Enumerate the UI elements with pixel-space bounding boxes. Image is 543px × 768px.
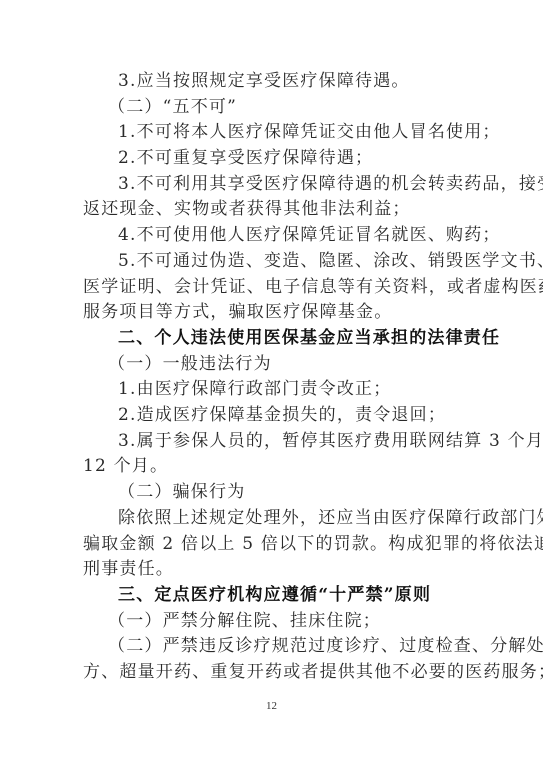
- section-heading: 二、个人违法使用医保基金应当承担的法律责任: [118, 324, 465, 352]
- subsection-heading: （一）一般违法行为: [108, 350, 465, 378]
- text-line: 4.不可使用他人医疗保障凭证冒名就医、购药；: [118, 221, 465, 249]
- subsection-heading: （二）骗保行为: [118, 478, 465, 506]
- text-line: 2.造成医疗保障基金损失的，责令退回；: [118, 401, 465, 429]
- text-line: 3.属于参保人员的，暂停其医疗费用联网结算 3 个月至: [118, 427, 465, 455]
- text-line: 12 个月。: [83, 452, 465, 480]
- text-line: 返还现金、实物或者获得其他非法利益；: [83, 195, 465, 223]
- text-line: 方、超量开药、重复开药或者提供其他不必要的医药服务；: [83, 658, 465, 686]
- document-page: 3.应当按照规定享受医疗保障待遇。 （二）“五不可” 1.不可将本人医疗保障凭证…: [0, 0, 543, 768]
- text-line: 骗取金额 2 倍以上 5 倍以下的罚款。构成犯罪的将依法追究: [83, 530, 465, 558]
- text-line: 除依照上述规定处理外，还应当由医疗保障行政部门处: [118, 504, 465, 532]
- page-number: 12: [0, 700, 543, 712]
- text-line: （二）严禁违反诊疗规范过度诊疗、过度检查、分解处: [108, 632, 465, 660]
- section-heading: 三、定点医疗机构应遵循“十严禁”原则: [118, 581, 465, 609]
- text-line: 5.不可通过伪造、变造、隐匿、涂改、销毁医学文书、: [118, 247, 465, 275]
- text-line: 1.由医疗保障行政部门责令改正；: [118, 375, 465, 403]
- text-line: 3.不可利用其享受医疗保障待遇的机会转卖药品，接受: [118, 170, 465, 198]
- text-line: 服务项目等方式，骗取医疗保障基金。: [83, 298, 465, 326]
- subsection-heading: （二）“五不可”: [108, 93, 465, 121]
- text-line: 医学证明、会计凭证、电子信息等有关资料，或者虚构医药: [83, 273, 465, 301]
- text-line: 2.不可重复享受医疗保障待遇；: [118, 144, 465, 172]
- text-line: 1.不可将本人医疗保障凭证交由他人冒名使用；: [118, 118, 465, 146]
- text-line: 3.应当按照规定享受医疗保障待遇。: [118, 67, 465, 95]
- text-line: （一）严禁分解住院、挂床住院；: [108, 607, 465, 635]
- text-line: 刑事责任。: [83, 555, 465, 583]
